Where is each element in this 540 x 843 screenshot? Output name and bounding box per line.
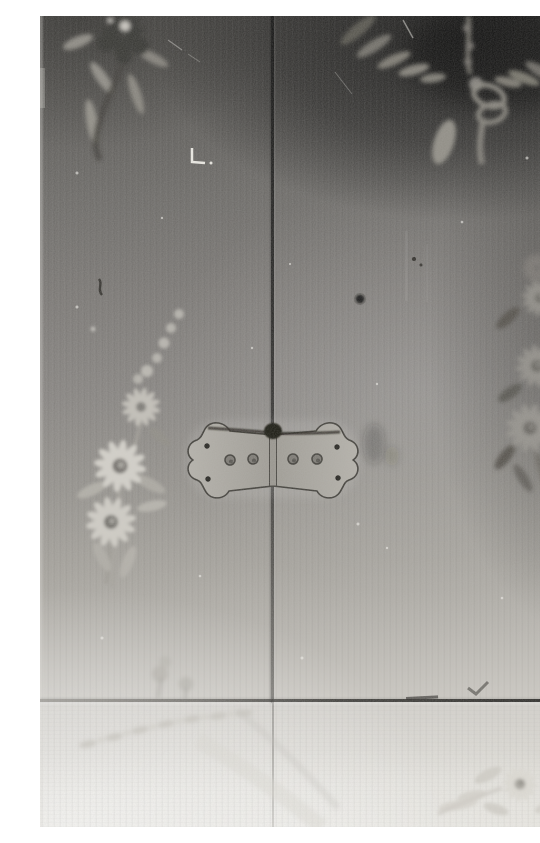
photograph	[40, 16, 540, 827]
film-grain	[40, 16, 540, 827]
painted-decoration-layer	[40, 16, 540, 827]
